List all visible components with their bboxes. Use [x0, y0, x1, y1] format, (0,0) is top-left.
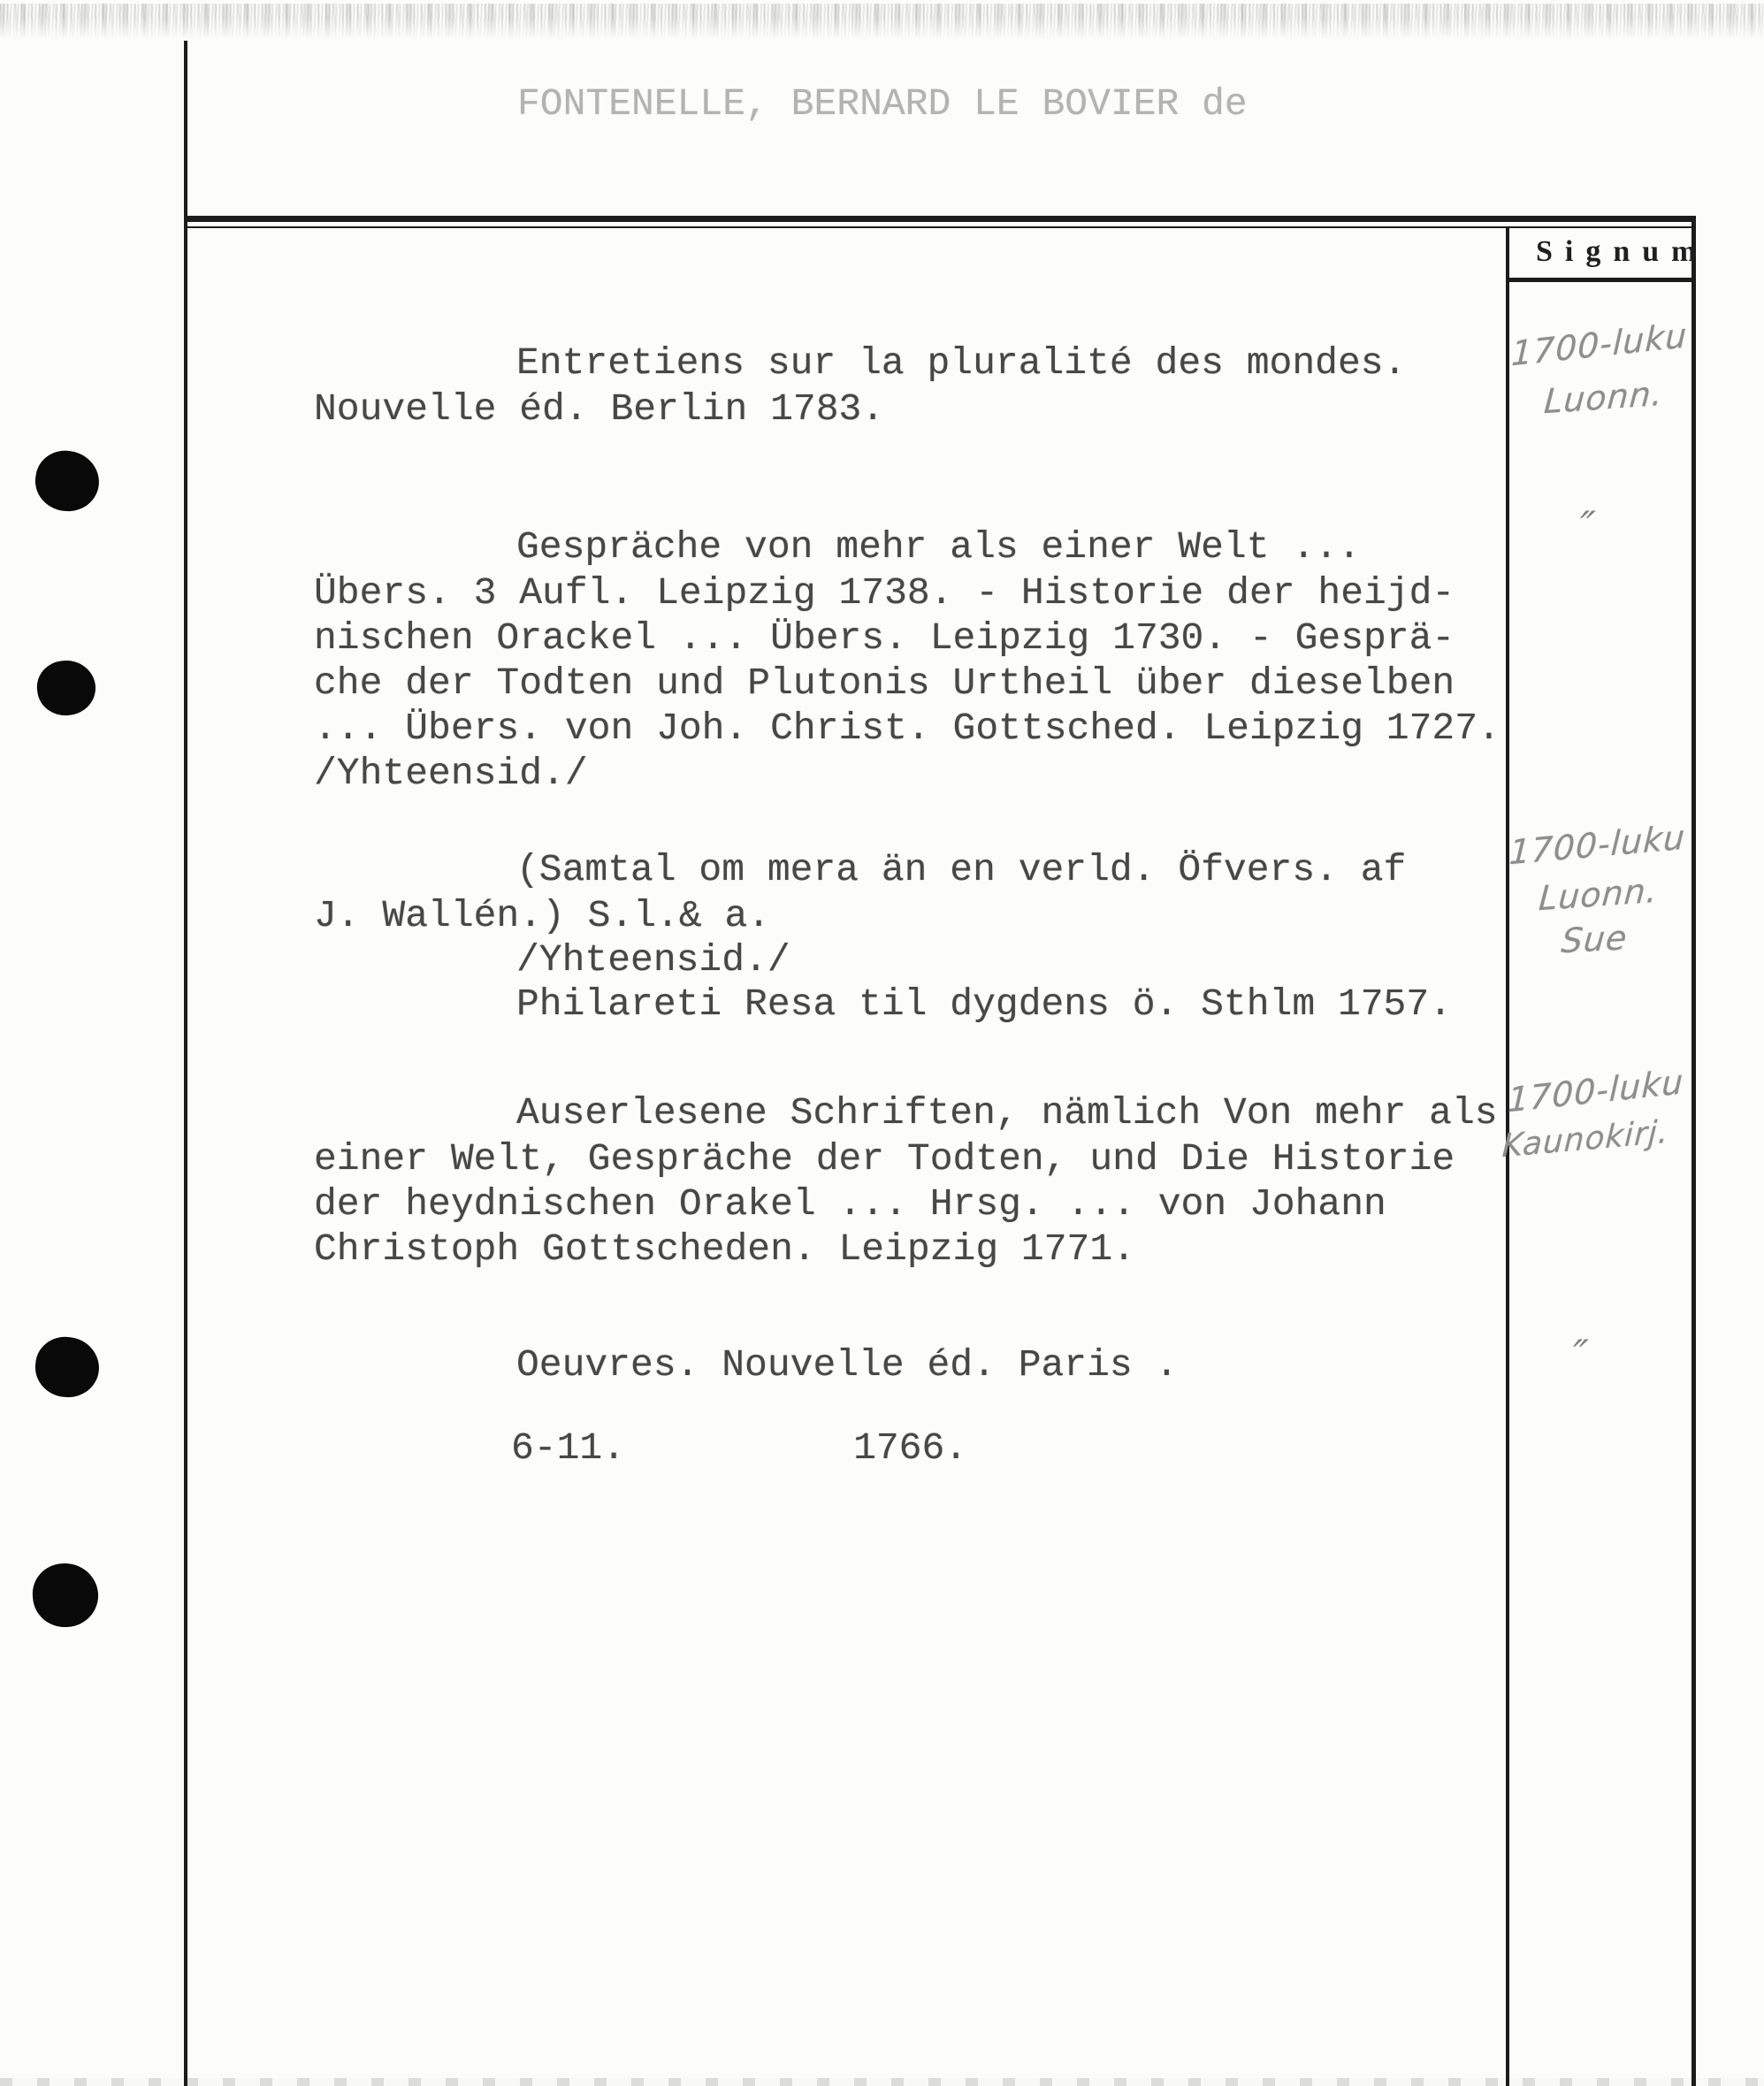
- signum-column-header: Signum: [1536, 235, 1709, 269]
- catalog-entry-line: Auserlesene Schriften, nämlich Von mehr …: [516, 1090, 1498, 1135]
- left-margin-line: [184, 41, 187, 2086]
- signum-header-bottom-border: [1506, 278, 1696, 282]
- catalog-entry-line: Christoph Gottscheden. Leipzig 1771.: [314, 1226, 1135, 1272]
- catalog-entry-line: Philareti Resa til dygdens ö. Sthlm 1757…: [516, 982, 1452, 1027]
- catalog-entry-line: der heydnischen Orakel ... Hrsg. ... von…: [314, 1181, 1386, 1226]
- catalog-entry-line: (Samtal om mera än en verld. Öfvers. af: [516, 847, 1406, 892]
- catalog-entry-line: Übers. 3 Aufl. Leipzig 1738. - Historie …: [314, 570, 1455, 615]
- scan-top-smudge: [0, 4, 1764, 39]
- signum-annotation: Sue: [1560, 918, 1629, 960]
- catalog-entry-line: nischen Orackel ... Übers. Leipzig 1730.…: [314, 615, 1455, 661]
- punch-hole: [32, 447, 103, 515]
- page-title: FONTENELLE, BERNARD LE BOVIER de: [517, 81, 1248, 126]
- header-rule-thick: [184, 216, 1696, 222]
- signum-annotation: Luonn.: [1538, 871, 1660, 919]
- catalog-entry-line: einer Welt, Gespräche der Todten, und Di…: [314, 1136, 1455, 1181]
- catalog-entry-line: J. Wallén.) S.l.& a.: [314, 893, 770, 938]
- signum-ditto-mark: ″: [1569, 1331, 1590, 1379]
- signum-annotation: Kaunokirj.: [1501, 1114, 1670, 1165]
- catalog-card-scan: FONTENELLE, BERNARD LE BOVIER de Signum …: [0, 0, 1764, 2086]
- catalog-entry-line: Nouvelle éd. Berlin 1783.: [314, 386, 884, 432]
- header-rule-thin: [184, 226, 1696, 228]
- catalog-entry-line: ... Übers. von Joh. Christ. Gottsched. L…: [314, 706, 1501, 751]
- catalog-entry-line: Gespräche von mehr als einer Welt ...: [516, 524, 1361, 569]
- signum-annotation: Luonn.: [1543, 374, 1665, 422]
- punch-hole: [33, 1334, 102, 1400]
- catalog-entry-line: 6-11. 1766.: [511, 1425, 967, 1471]
- catalog-entry-line: /Yhteensid./: [314, 751, 588, 796]
- signum-ditto-mark: ″: [1577, 502, 1597, 550]
- signum-annotation: 1700-luku: [1508, 818, 1687, 873]
- punch-hole: [31, 1562, 101, 1630]
- scan-bottom-smudge: [0, 2078, 1764, 2086]
- catalog-entry-line: che der Todten und Plutonis Urtheil über…: [314, 661, 1455, 706]
- signum-column-right-border: [1691, 216, 1696, 2086]
- punch-hole: [34, 658, 98, 719]
- signum-annotation: 1700-luku: [1507, 1062, 1684, 1119]
- catalog-entry-line: /Yhteensid./: [516, 937, 790, 982]
- signum-annotation: 1700-luku: [1510, 316, 1688, 373]
- catalog-entry-line: Entretiens sur la pluralité des mondes.: [516, 340, 1406, 386]
- catalog-entry-line: Oeuvres. Nouvelle éd. Paris .: [516, 1342, 1178, 1387]
